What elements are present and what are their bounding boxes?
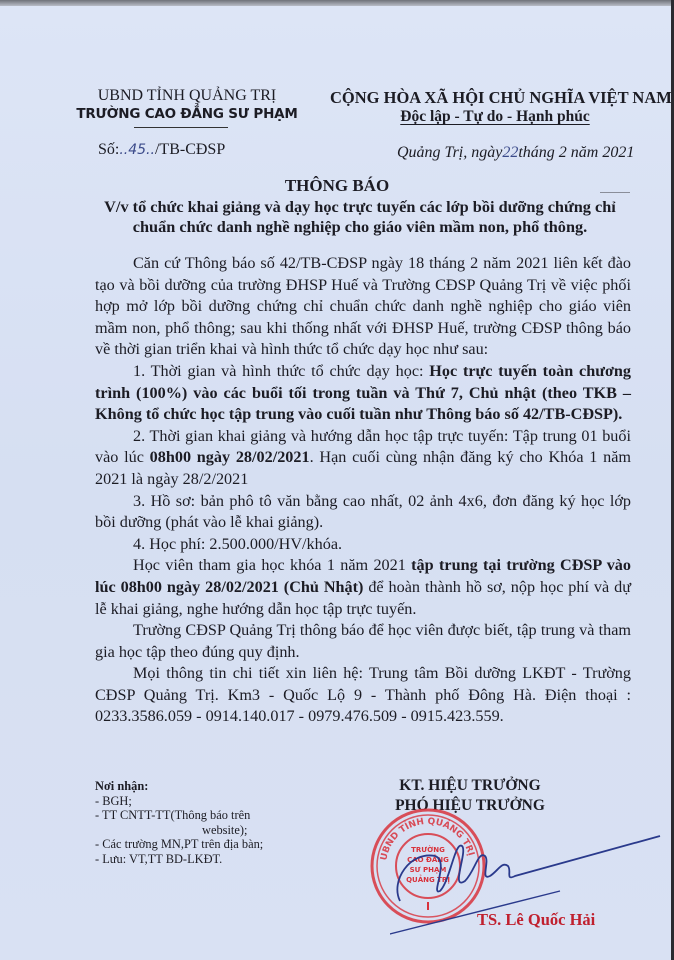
doc-number-suffix: /TB-CĐSP — [155, 141, 225, 158]
recipient-item: - TT CNTT-TT(Thông báo trên — [95, 808, 263, 823]
document-page: UBND TỈNH QUẢNG TRỊ TRƯỜNG CAO ĐẲNG SƯ P… — [0, 6, 671, 960]
national-motto: Độc lập - Tự do - Hạnh phúc — [384, 108, 606, 126]
recipient-item: website); — [95, 823, 263, 838]
doc-number-prefix: Số: — [98, 141, 119, 158]
recipients-block: Nơi nhận: - BGH; - TT CNTT-TT(Thông báo … — [95, 779, 263, 867]
attendance-text-a: Học viên tham gia học khóa 1 năm 2021 — [133, 556, 411, 574]
date-day-handwritten: 22 — [502, 144, 518, 161]
national-title: CỘNG HÒA XÃ HỘI CHỦ NGHĨA VIỆT NAM — [330, 88, 660, 108]
document-number: Số:..45../TB-CĐSP — [98, 141, 225, 159]
paragraph-notice: Trường CĐSP Quảng Trị thông báo để học v… — [95, 620, 631, 663]
item-1-label: 1. Thời gian và hình thức tổ chức dạy họ… — [133, 362, 429, 380]
item-1: 1. Thời gian và hình thức tổ chức dạy họ… — [95, 361, 631, 426]
paragraph-attendance: Học viên tham gia học khóa 1 năm 2021 tậ… — [95, 555, 631, 620]
item-2: 2. Thời gian khai giảng và hướng dẫn học… — [95, 426, 631, 491]
item-4: 4. Học phí: 2.500.000/HV/khóa. — [95, 534, 631, 556]
recipient-item: - BGH; — [95, 794, 263, 809]
item-2-emphasis: 08h00 ngày 28/02/2021 — [150, 448, 310, 466]
issuing-authority: UBND TỈNH QUẢNG TRỊ — [92, 87, 282, 105]
item-3: 3. Hồ sơ: bản phô tô văn bằng cao nhất, … — [95, 491, 631, 534]
recipients-heading: Nơi nhận: — [95, 779, 263, 794]
document-body: Căn cứ Thông báo số 42/TB-CĐSP ngày 18 t… — [95, 253, 631, 728]
margin-mark — [600, 192, 630, 193]
paragraph-contact: Mọi thông tin chi tiết xin liên hệ: Trun… — [95, 663, 631, 728]
recipient-item: - Lưu: VT,TT BD-LKĐT. — [95, 852, 263, 867]
date-prefix: Quảng Trị, ngày — [397, 144, 502, 161]
recipient-item: - Các trường MN,PT trên địa bàn; — [95, 837, 263, 852]
intro-paragraph: Căn cứ Thông báo số 42/TB-CĐSP ngày 18 t… — [95, 253, 631, 361]
document-subject: V/v tổ chức khai giảng và dạy học trực t… — [90, 197, 630, 237]
header-divider — [134, 127, 228, 128]
document-title: THÔNG BÁO — [0, 176, 674, 196]
doc-number-handwritten: ..45.. — [119, 142, 155, 158]
date-suffix: tháng 2 năm 2021 — [518, 144, 634, 161]
signer-name: TS. Lê Quốc Hải — [477, 910, 595, 930]
institution-name: TRƯỜNG CAO ĐẲNG SƯ PHẠM — [62, 106, 312, 122]
date-line: Quảng Trị, ngày22tháng 2 năm 2021 — [397, 144, 634, 162]
signature-title-1: KT. HIỆU TRƯỞNG — [370, 777, 570, 795]
